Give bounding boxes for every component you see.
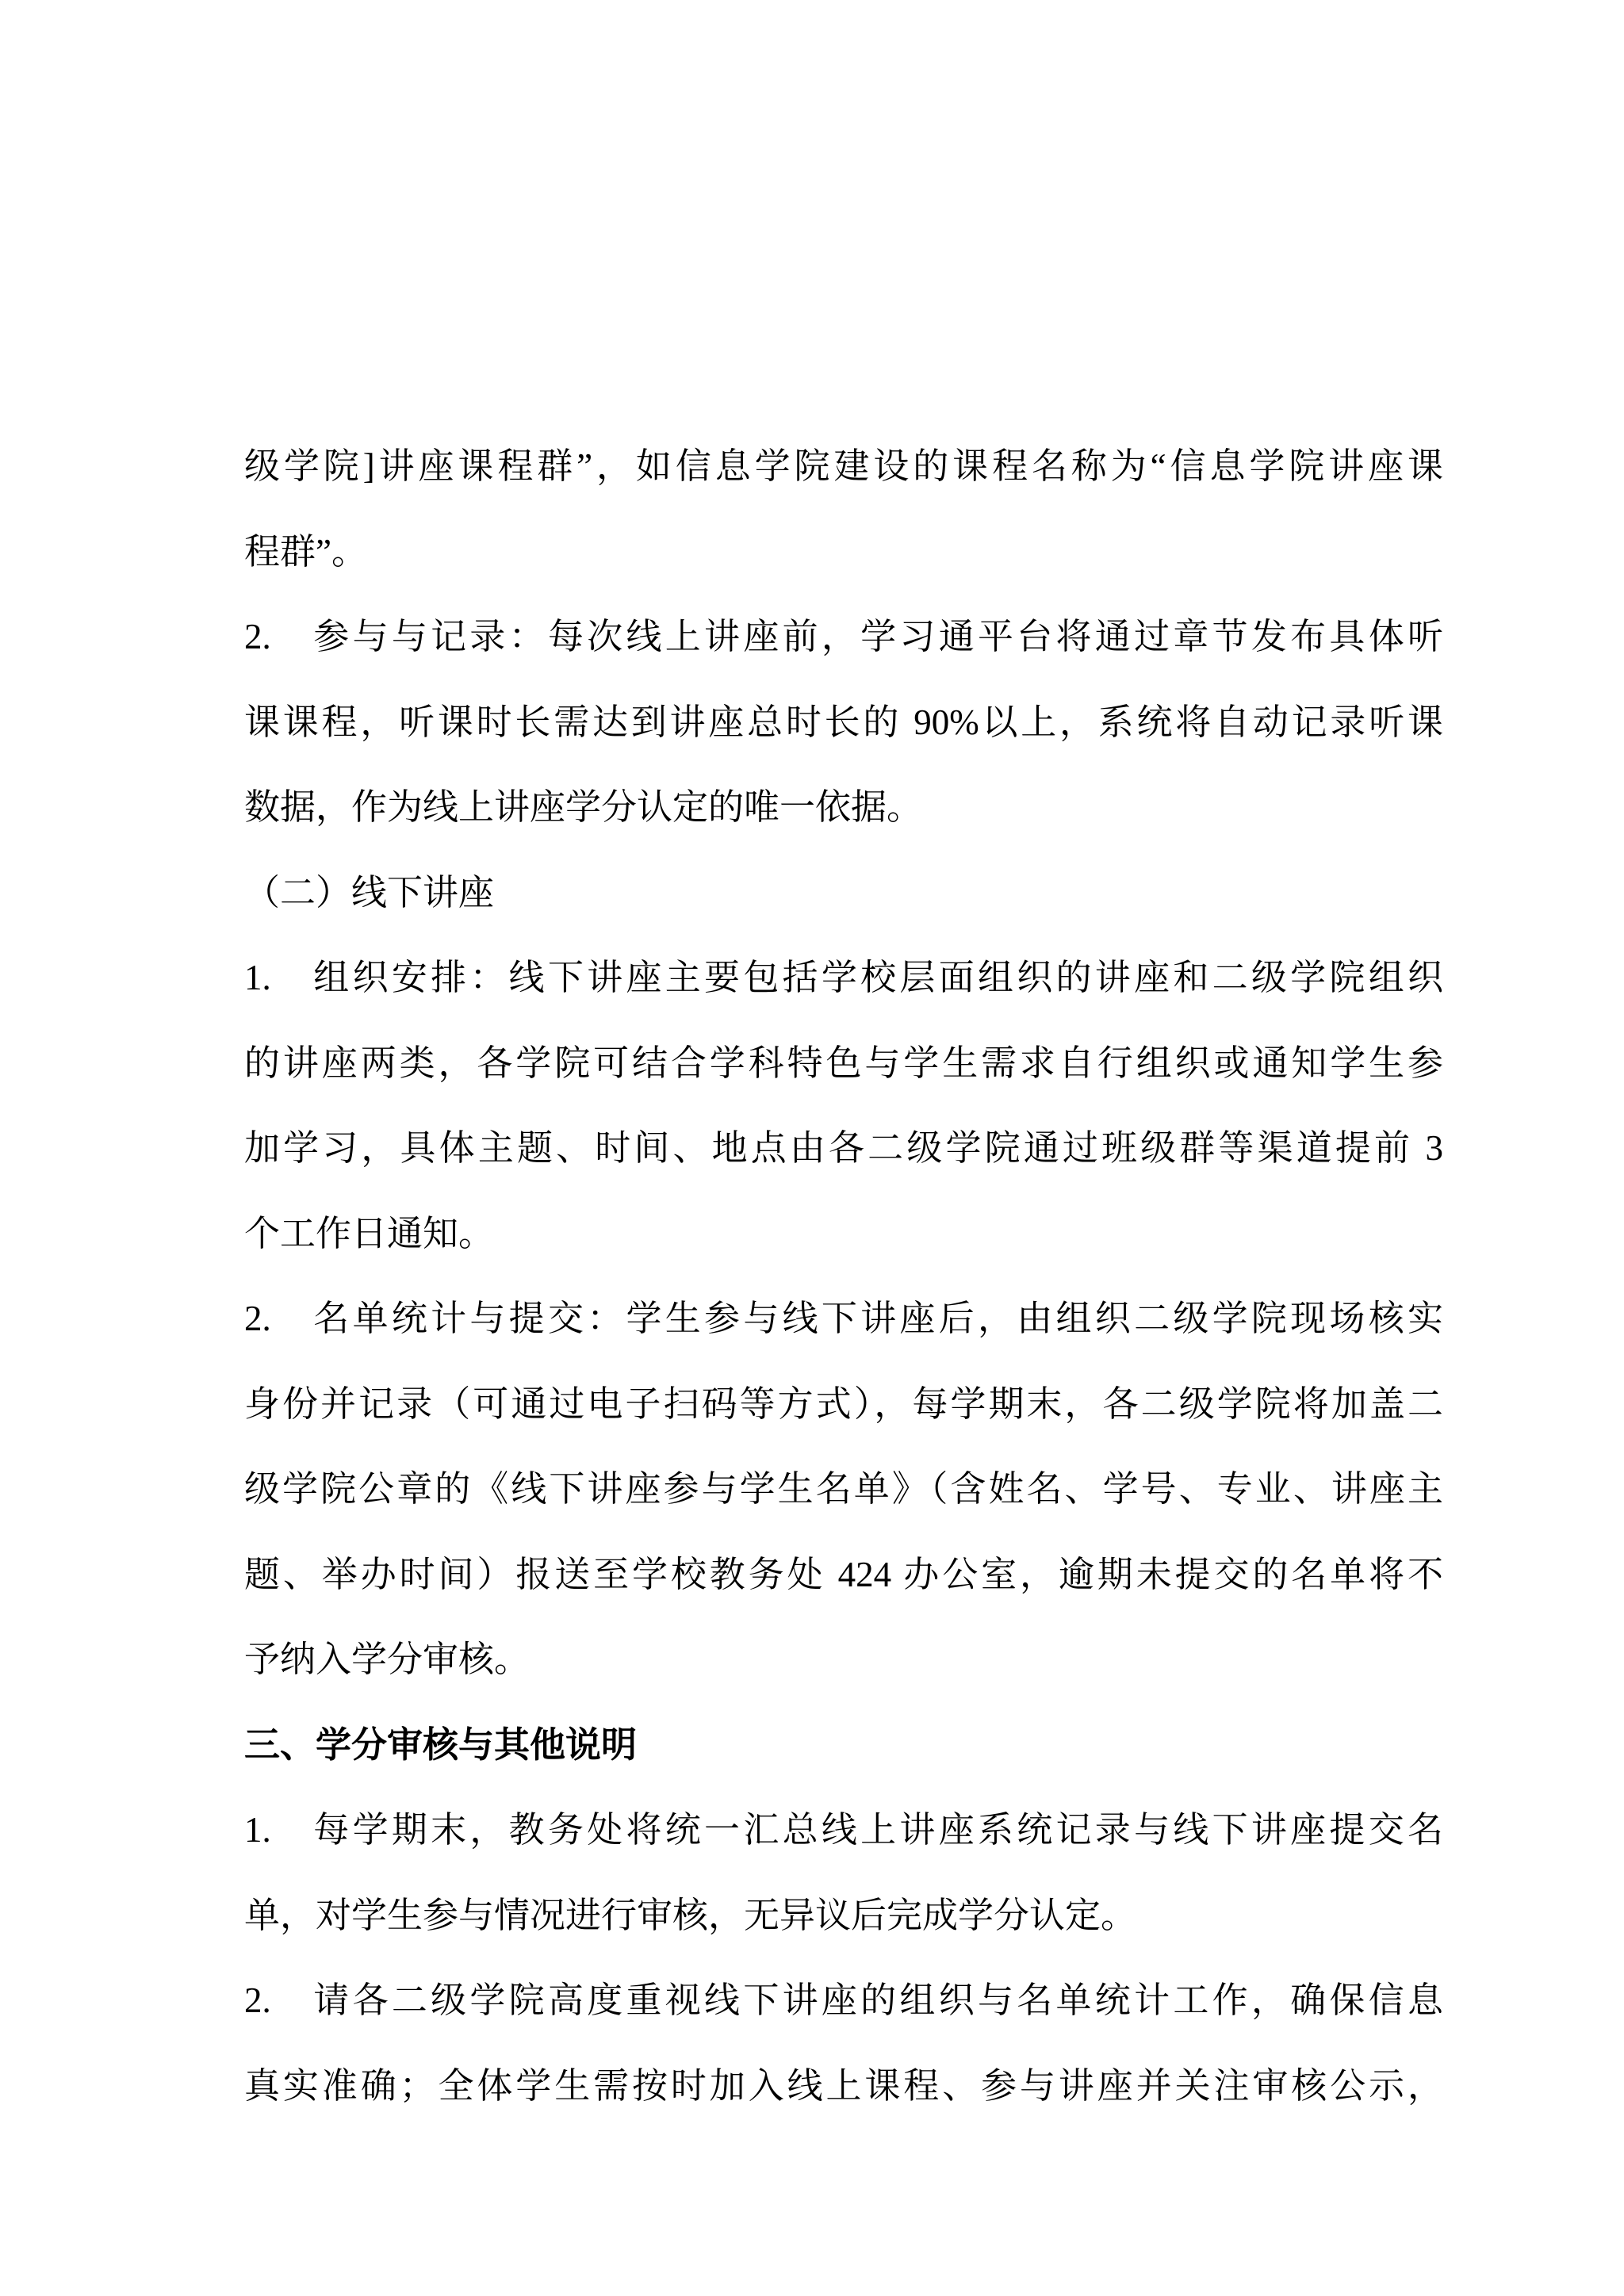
document-page: 级学院]讲座课程群”，如信息学院建设的课程名称为“信息学院讲座课 程群”。 2.… — [0, 0, 1624, 2296]
document-text-block: 级学院]讲座课程群”，如信息学院建设的课程名称为“信息学院讲座课 程群”。 2.… — [244, 424, 1443, 2129]
text-line: 1. 组织安排：线下讲座主要包括学校层面组织的讲座和二级学院组织 — [244, 936, 1443, 1021]
text-line: 级学院]讲座课程群”，如信息学院建设的课程名称为“信息学院讲座课 — [244, 424, 1443, 510]
text-line: 真实准确；全体学生需按时加入线上课程、参与讲座并关注审核公示， — [244, 2044, 1443, 2130]
text-line: 2. 名单统计与提交：学生参与线下讲座后，由组织二级学院现场核实 — [244, 1276, 1443, 1362]
text-line: 题、举办时间）报送至学校教务处 424 办公室，逾期未提交的名单将不 — [244, 1533, 1443, 1618]
text-line: 1. 每学期末，教务处将统一汇总线上讲座系统记录与线下讲座提交名 — [244, 1788, 1443, 1873]
text-line: 个工作日通知。 — [244, 1192, 1443, 1277]
text-line: 课课程，听课时长需达到讲座总时长的 90%以上，系统将自动记录听课 — [244, 680, 1443, 766]
text-line: 2. 参与与记录：每次线上讲座前，学习通平台将通过章节发布具体听 — [244, 595, 1443, 680]
text-line: 身份并记录（可通过电子扫码等方式），每学期末，各二级学院将加盖二 — [244, 1362, 1443, 1448]
section-heading: 三、学分审核与其他说明 — [244, 1703, 1443, 1789]
text-line: 级学院公章的《线下讲座参与学生名单》（含姓名、学号、专业、讲座主 — [244, 1447, 1443, 1533]
text-line: 单，对学生参与情况进行审核，无异议后完成学分认定。 — [244, 1873, 1443, 1959]
text-line: 2. 请各二级学院高度重视线下讲座的组织与名单统计工作，确保信息 — [244, 1958, 1443, 2044]
text-line: 程群”。 — [244, 510, 1443, 595]
text-line: 数据，作为线上讲座学分认定的唯一依据。 — [244, 765, 1443, 851]
text-line: 予纳入学分审核。 — [244, 1617, 1443, 1703]
text-line: 的讲座两类，各学院可结合学科特色与学生需求自行组织或通知学生参 — [244, 1021, 1443, 1107]
text-line: （二）线下讲座 — [244, 851, 1443, 936]
text-line: 加学习，具体主题、时间、地点由各二级学院通过班级群等渠道提前 3 — [244, 1106, 1443, 1192]
